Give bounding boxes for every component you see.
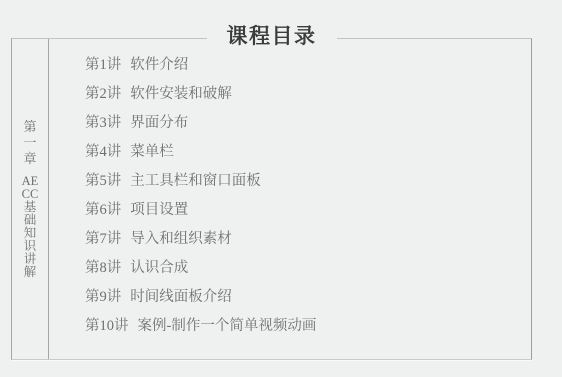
lecture-item: 第8讲认识合成: [85, 254, 316, 283]
lecture-item: 第9讲时间线面板介绍: [85, 283, 316, 312]
lecture-title: 主工具栏和窗口面板: [130, 173, 261, 189]
lecture-item: 第3讲界面分布: [85, 109, 316, 138]
lecture-number: 第10讲: [85, 318, 129, 334]
chapter-sidebar: 第 一 章 AE CC 基 础 知 识 讲 解: [12, 39, 49, 359]
lecture-item: 第5讲主工具栏和窗口面板: [85, 167, 316, 196]
lecture-title: 案例-制作一个简单视频动画: [138, 318, 317, 334]
lecture-number: 第5讲: [85, 173, 121, 189]
lecture-item: 第6讲项目设置: [85, 196, 316, 225]
lecture-list: 第1讲软件介绍 第2讲软件安装和破解 第3讲界面分布 第4讲菜单栏 第5讲主工具…: [85, 51, 316, 341]
lecture-title: 时间线面板介绍: [130, 289, 232, 305]
toc-box: 课程目录 第 一 章 AE CC 基 础 知 识 讲 解 第1讲软件介绍: [11, 38, 532, 360]
lecture-item: 第7讲导入和组织素材: [85, 225, 316, 254]
lecture-number: 第2讲: [85, 86, 121, 102]
lecture-number: 第4讲: [85, 144, 121, 160]
course-toc-card: 课程目录 第 一 章 AE CC 基 础 知 识 讲 解 第1讲软件介绍: [0, 0, 562, 377]
lecture-item: 第4讲菜单栏: [85, 138, 316, 167]
lecture-number: 第6讲: [85, 202, 121, 218]
course-name-label: AE CC 基 础 知 识 讲 解: [22, 175, 39, 279]
lecture-number: 第7讲: [85, 231, 121, 247]
chapter-label: 第 一 章: [23, 119, 36, 167]
lecture-number: 第1讲: [85, 57, 121, 73]
lecture-title: 导入和组织素材: [130, 231, 232, 247]
chapter-char: 第: [23, 119, 36, 135]
lecture-title: 软件介绍: [130, 57, 188, 73]
lecture-item: 第10讲案例-制作一个简单视频动画: [85, 312, 316, 341]
lecture-title: 软件安装和破解: [130, 86, 232, 102]
lecture-number: 第9讲: [85, 289, 121, 305]
lecture-title: 项目设置: [130, 202, 188, 218]
lecture-title: 菜单栏: [130, 144, 174, 160]
chapter-char: 一: [23, 135, 36, 151]
chapter-char: 章: [23, 151, 36, 167]
course-name-char: 解: [22, 266, 39, 279]
lecture-title: 认识合成: [130, 260, 188, 276]
lecture-item: 第2讲软件安装和破解: [85, 80, 316, 109]
lecture-title: 界面分布: [130, 115, 188, 131]
page-title: 课程目录: [207, 25, 337, 49]
lecture-item: 第1讲软件介绍: [85, 51, 316, 80]
lecture-number: 第8讲: [85, 260, 121, 276]
lecture-number: 第3讲: [85, 115, 121, 131]
